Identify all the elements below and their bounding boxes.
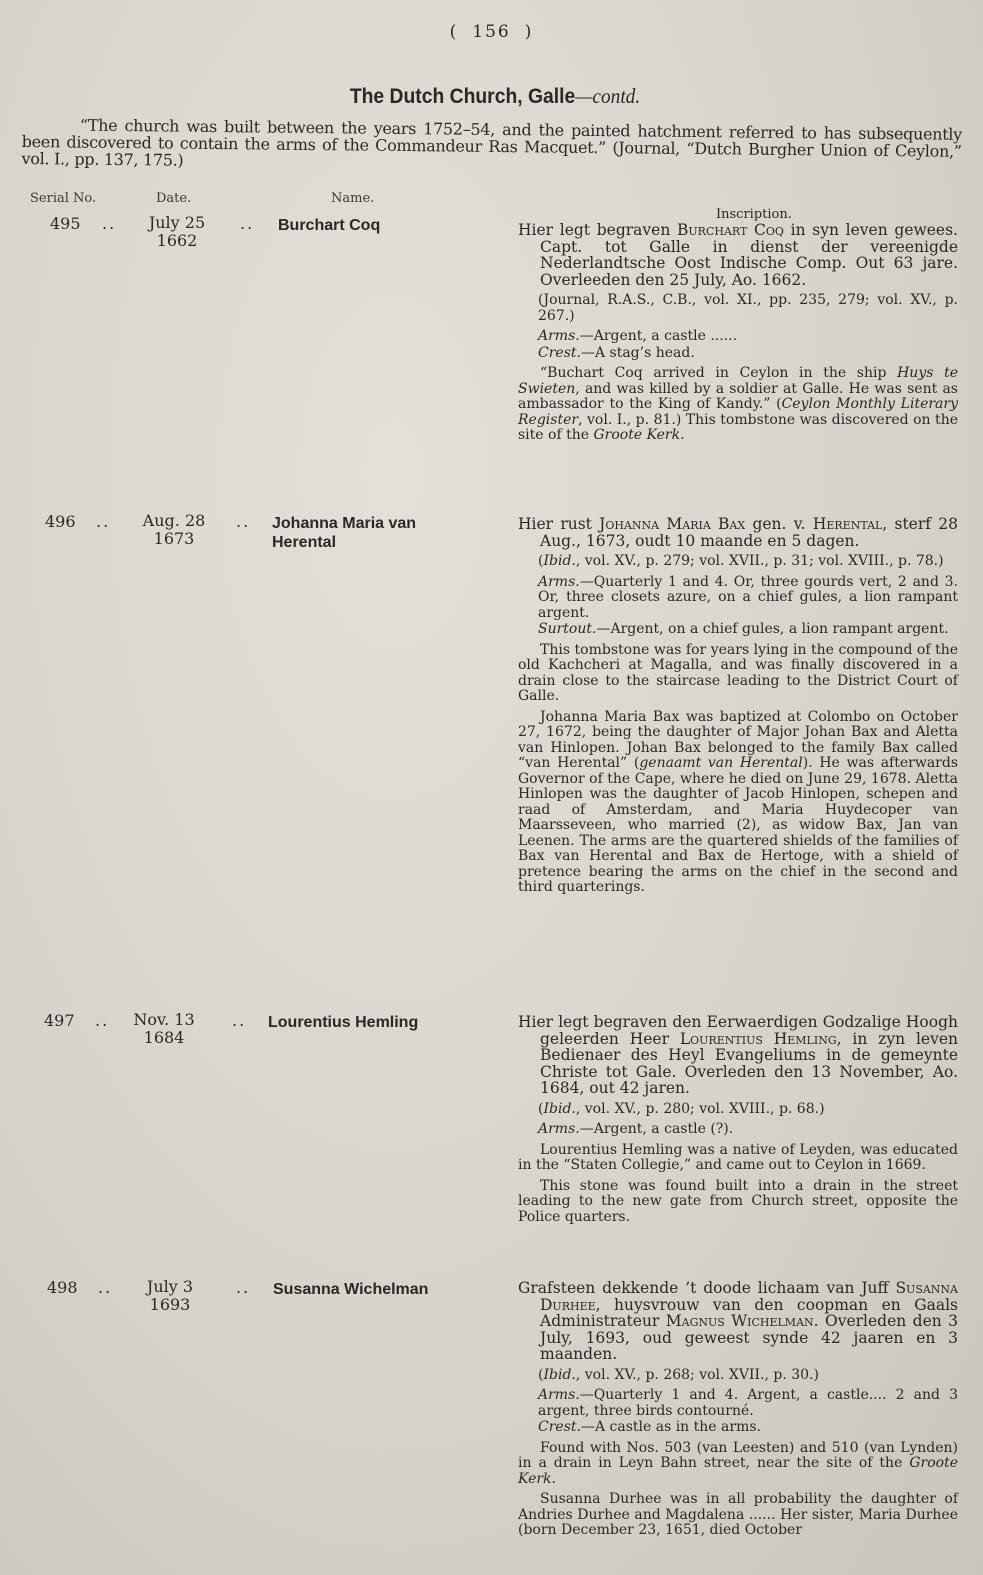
leader-dots: .. (240, 214, 254, 233)
historical-note: “Buchart Coq arrived in Ceylon in the sh… (518, 366, 958, 444)
reference-citation: (Ibid., vol. XV., p. 268; vol. XVII., p.… (518, 1368, 958, 1384)
inscription-text: Grafsteen dekkende ’t doode lichaam van … (518, 1280, 958, 1363)
serial-number: 498 (47, 1278, 78, 1297)
entry-date: Nov. 131684 (124, 1011, 204, 1047)
serial-number: 495 (50, 214, 81, 233)
heraldry-crest: Crest.—A castle as in the arms. (518, 1420, 958, 1436)
page-number: (156) (0, 22, 983, 42)
inscription-block: Grafsteen dekkende ’t doode lichaam van … (518, 1280, 958, 1539)
reference-citation: (Journal, R.A.S., C.B., vol. XI., pp. 23… (518, 293, 958, 324)
entry-name: Johanna Maria van Herental (272, 514, 472, 552)
leader-dots: .. (102, 214, 116, 233)
intro-paragraph: “The church was built between the years … (21, 116, 961, 177)
heraldry-arms: Arms.—Argent, a castle ...... (518, 329, 958, 345)
inscription-text: Hier legt begraven den Eerwaerdigen Godz… (518, 1014, 958, 1097)
leader-dots: .. (96, 512, 110, 531)
historical-note: Found with Nos. 503 (van Leesten) and 51… (518, 1441, 958, 1488)
historical-note: Johanna Maria Bax was baptized at Colomb… (518, 710, 958, 896)
inscription-text: Hier legt begraven Burchart Coq in syn l… (518, 222, 958, 288)
heraldry-surtout: Surtout.—Argent, on a chief gules, a lio… (518, 622, 958, 638)
entry-date: Aug. 281673 (134, 512, 214, 548)
reference-citation: (Ibid., vol. XV., p. 279; vol. XVII., p.… (518, 554, 958, 570)
historical-note: Lourentius Hemling was a native of Leyde… (518, 1143, 958, 1174)
entry-date: July 31693 (130, 1278, 210, 1314)
leader-dots: .. (236, 1278, 250, 1297)
page-title: The Dutch Church, Galle—contd. (40, 84, 951, 109)
entry-name: Susanna Wichelman (273, 1280, 493, 1299)
inscription-text: Hier rust Johanna Maria Bax gen. v. Here… (518, 516, 958, 549)
heraldry-arms: Arms.—Quarterly 1 and 4. Argent, a castl… (518, 1388, 958, 1419)
entry-date: July 251662 (137, 214, 217, 250)
reference-citation: (Ibid., vol. XV., p. 280; vol. XVIII., p… (518, 1102, 958, 1118)
column-header-date: Date. (156, 191, 191, 206)
historical-note: This stone was found built into a drain … (518, 1179, 958, 1226)
heraldry-arms: Arms.—Argent, a castle (?). (518, 1122, 958, 1138)
heraldry-crest: Crest.—A stag’s head. (518, 346, 958, 362)
leader-dots: .. (236, 512, 250, 531)
column-header-serial: Serial No. (30, 191, 96, 206)
historical-note: Susanna Durhee was in all probability th… (518, 1492, 958, 1539)
leader-dots: .. (95, 1011, 109, 1030)
heraldry-arms: Arms.—Quarterly 1 and 4. Or, three gourd… (518, 575, 958, 622)
document-page: (156) The Dutch Church, Galle—contd. “Th… (0, 0, 983, 1575)
entry-name: Burchart Coq (278, 216, 478, 235)
entry-name: Lourentius Hemling (268, 1013, 488, 1032)
serial-number: 497 (44, 1011, 75, 1030)
serial-number: 496 (45, 512, 76, 531)
leader-dots: .. (232, 1011, 246, 1030)
historical-note: This tombstone was for years lying in th… (518, 643, 958, 705)
inscription-block: Hier rust Johanna Maria Bax gen. v. Here… (518, 516, 958, 896)
inscription-block: Hier legt begraven den Eerwaerdigen Godz… (518, 1014, 958, 1225)
inscription-block: Hier legt begraven Burchart Coq in syn l… (518, 222, 958, 444)
leader-dots: .. (98, 1278, 112, 1297)
column-header-inscription: Inscription. (716, 207, 792, 222)
column-header-name: Name. (331, 191, 374, 206)
